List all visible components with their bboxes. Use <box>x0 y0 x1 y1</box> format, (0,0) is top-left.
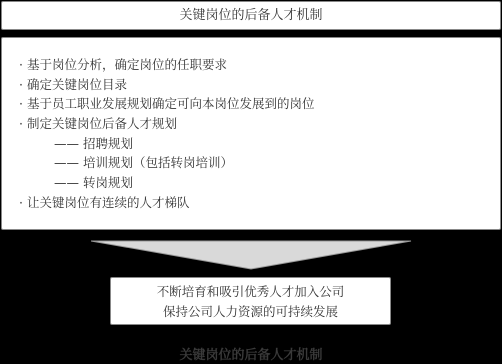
step-item: · 基于员工职业发展规划确定可向本岗位发展到的岗位 <box>19 94 500 114</box>
sub-step-item: —— 培训规划（包括转岗培训） <box>19 153 500 173</box>
sub-step-item: —— 转岗规划 <box>19 173 500 193</box>
down-arrow-icon <box>91 240 413 272</box>
result-box: 不断培育和吸引优秀人才加入公司 保持公司人力资源的可持续发展 <box>110 277 391 325</box>
result-line: 保持公司人力资源的可持续发展 <box>111 302 390 322</box>
result-line: 不断培育和吸引优秀人才加入公司 <box>111 282 390 302</box>
figure-caption: 关键岗位的后备人才机制 <box>0 344 502 363</box>
steps-list: · 基于岗位分析，确定岗位的任职要求 · 确定关键岗位目录 · 基于员工职业发展… <box>2 38 500 213</box>
sub-step-item: —— 招聘规划 <box>19 134 500 154</box>
step-item: · 让关键岗位有连续的人才梯队 <box>19 193 500 213</box>
step-item: · 基于岗位分析，确定岗位的任职要求 <box>19 55 500 75</box>
diagram-title: 关键岗位的后备人才机制 <box>1 1 501 30</box>
step-item: · 确定关键岗位目录 <box>19 75 500 95</box>
step-item: · 制定关键岗位后备人才规划 <box>19 114 500 134</box>
mechanism-steps-box: · 基于岗位分析，确定岗位的任职要求 · 确定关键岗位目录 · 基于员工职业发展… <box>1 37 501 230</box>
